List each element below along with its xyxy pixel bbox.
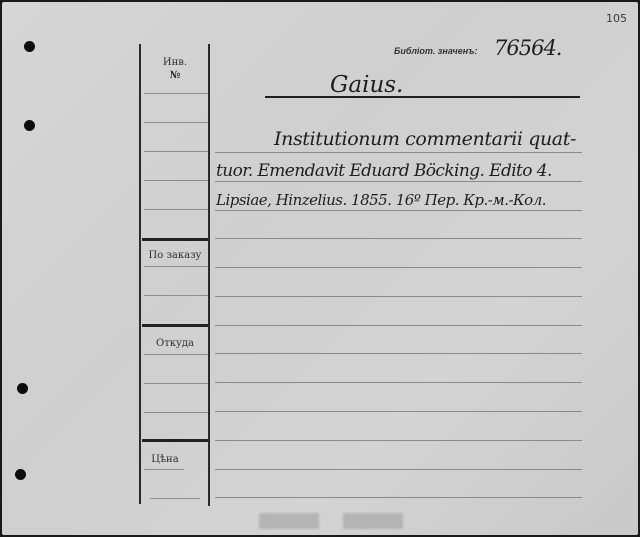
ruled-line: [215, 497, 582, 498]
left-row-line: [144, 266, 208, 267]
punch-hole: [15, 469, 26, 480]
title-line-3: Lipsiae, Hinzelius. 1855. 16º Пер. Кр.-м…: [216, 191, 546, 209]
author-underline: [265, 96, 580, 98]
inventory-number-label: Инв. №: [142, 56, 208, 82]
ruled-line: [215, 325, 582, 326]
ruled-line: [215, 382, 582, 383]
catalog-card: 105 Инв. № По заказу Откуда Цѣна Библiот…: [2, 2, 638, 535]
left-row-line: [144, 295, 208, 296]
corner-note: 105: [606, 12, 627, 25]
ruled-line: [215, 296, 582, 297]
ruled-line: [215, 353, 582, 354]
ruled-line: [215, 152, 582, 153]
price-label: Цѣна: [132, 454, 198, 465]
left-row-line: [144, 93, 208, 94]
punch-hole: [24, 41, 35, 52]
ruled-line: [215, 210, 582, 211]
order-label: По заказу: [142, 250, 208, 261]
punch-hole: [24, 120, 35, 131]
title-line-2: tuor. Emendavit Eduard Böcking. Edito 4.: [216, 161, 552, 181]
left-row-line: [144, 383, 208, 384]
shelfmark-label: Библiот. значенъ:: [394, 46, 478, 56]
ruled-line: [215, 440, 582, 441]
smudge-mark: [259, 513, 319, 529]
section-divider: [142, 324, 208, 327]
left-row-line: [144, 122, 208, 123]
punch-hole: [17, 383, 28, 394]
ruled-line: [215, 181, 582, 182]
left-row-line: [150, 498, 200, 499]
author-heading: Gaius.: [330, 72, 403, 98]
left-column-border-right: [208, 44, 210, 506]
shelfmark-value: 76564.: [494, 36, 561, 60]
left-row-line: [144, 151, 208, 152]
left-column-border-left: [139, 44, 141, 504]
ruled-line: [215, 411, 582, 412]
ruled-line: [215, 469, 582, 470]
left-row-line: [144, 412, 208, 413]
source-label: Откуда: [142, 338, 208, 349]
ruled-line: [215, 267, 582, 268]
left-row-line: [144, 209, 208, 210]
section-divider: [142, 439, 208, 442]
left-row-line: [144, 469, 184, 470]
section-divider: [142, 238, 208, 241]
smudge-mark: [343, 513, 403, 529]
left-row-line: [144, 354, 208, 355]
title-line-1: Institutionum commentarii quat-: [274, 128, 576, 150]
ruled-line: [215, 238, 582, 239]
left-row-line: [144, 180, 208, 181]
